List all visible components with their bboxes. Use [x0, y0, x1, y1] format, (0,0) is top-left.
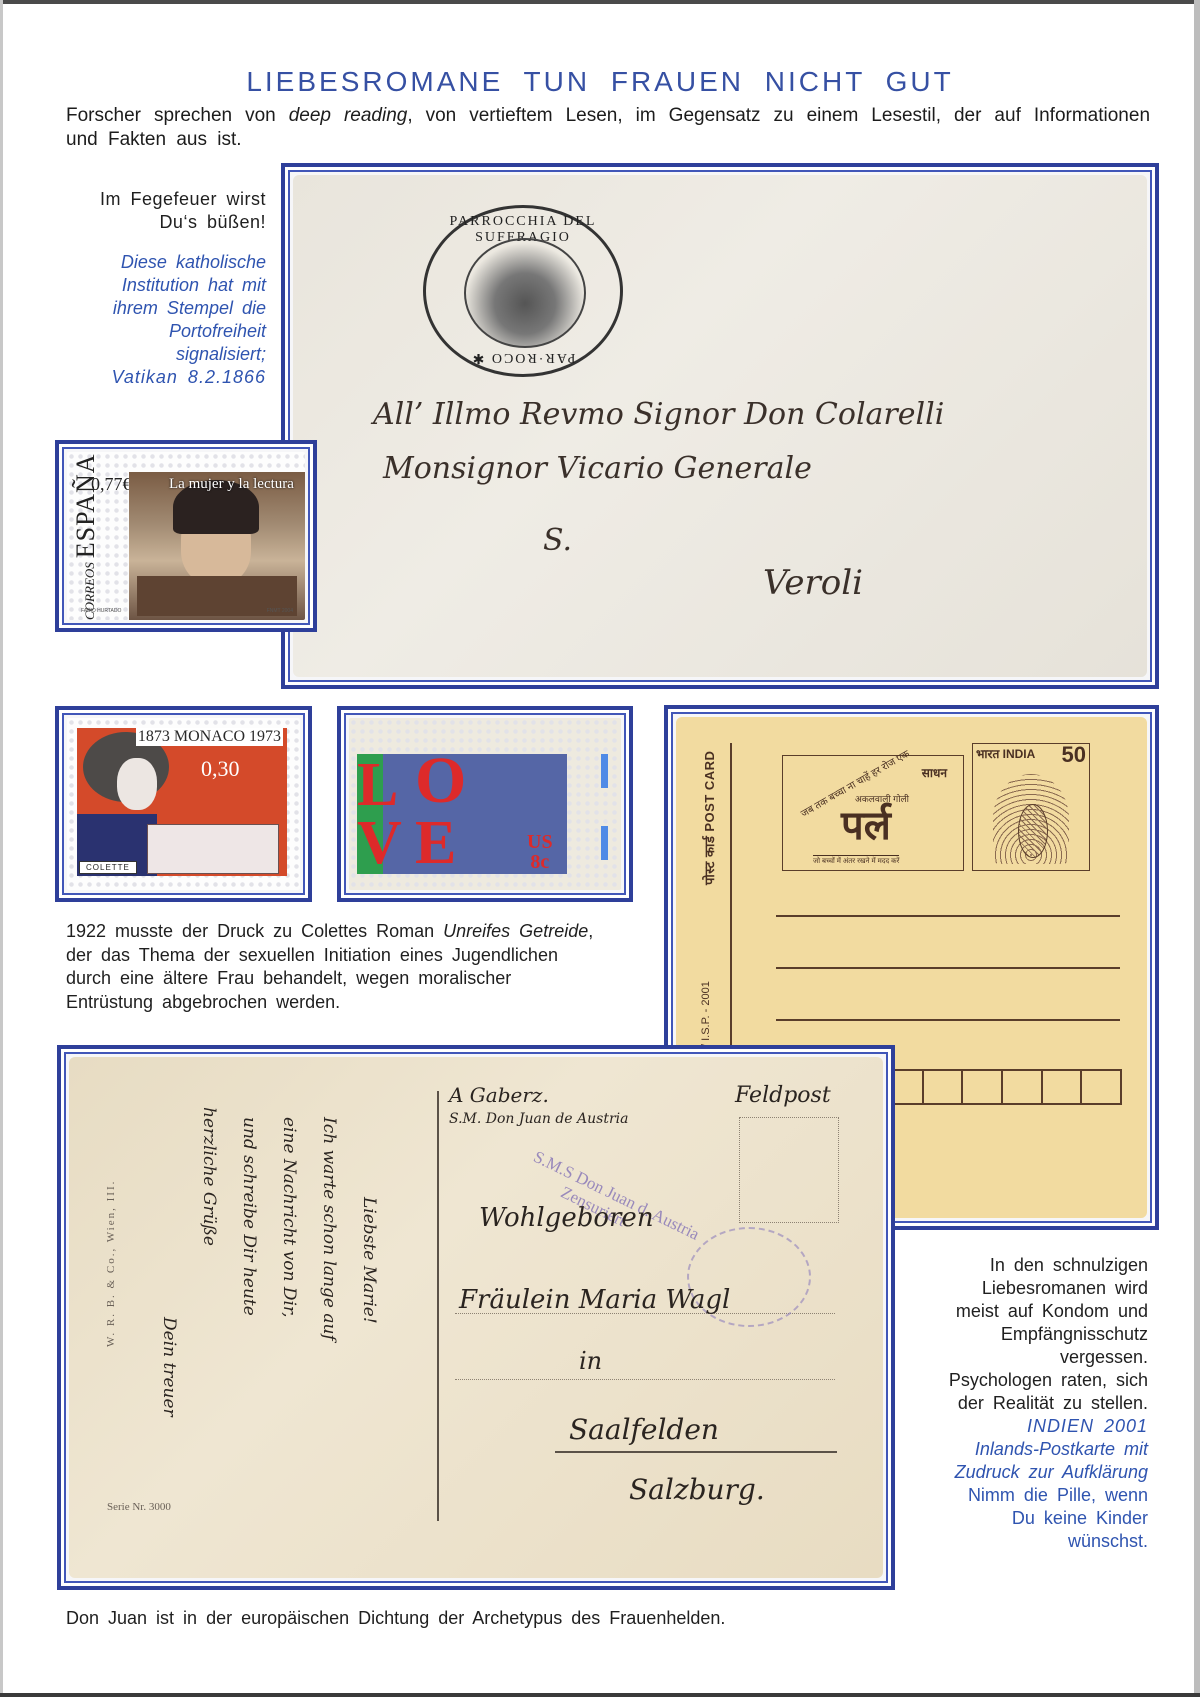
address-dotted-line: [455, 1379, 835, 1380]
printer-label: / I.S.P. - 2001: [700, 981, 712, 1047]
novel-title: Unreifes Getreide: [443, 921, 588, 941]
caption-line: Institution hat mit: [66, 274, 266, 297]
intro-text: Forscher sprechen von: [66, 105, 289, 126]
paragraph-text: 1922 musste der Druck zu Colettes Roman: [66, 921, 443, 941]
stamp-header: 1873 MONACO 1973: [136, 728, 283, 746]
address-line: [776, 967, 1120, 969]
stamp-denomination: US 8c: [527, 832, 553, 872]
stamp-placeholder-box: [739, 1117, 839, 1223]
page-bottom-edge: [0, 1693, 1200, 1697]
caption-line: Inlands-Postkarte mit: [900, 1438, 1148, 1461]
letter-note: Im Fegefeuer wirst Du‘s büßen! Diese kat…: [66, 188, 266, 389]
love-stamp-frame: L O V E US 8c: [337, 706, 633, 902]
message-line: Dein treuer: [159, 1317, 179, 1417]
colette-illustration: 1873 MONACO 1973 0,30 COLETTE: [77, 728, 287, 876]
caption-line: Diese katholische: [66, 251, 266, 274]
caption-line: signalisiert;: [66, 343, 266, 366]
stamp-country: US: [527, 832, 553, 852]
address-line: [776, 1019, 1120, 1021]
stamp-value: 0,30: [201, 756, 240, 782]
seal-top-text: PARROCCHIA DEL SUFFRAGIO: [426, 214, 620, 246]
address-line: in: [579, 1347, 602, 1375]
caption-line: Vatikan 8.2.1866: [66, 366, 266, 389]
note-line: Psychologen raten, sich: [900, 1369, 1148, 1392]
serie-number: Serie Nr. 3000: [107, 1501, 171, 1513]
stamp-country: CORREOS ESPAÑA: [71, 453, 101, 620]
pin-box: [1082, 1071, 1120, 1103]
caption-line: Du keine Kinder: [900, 1507, 1148, 1530]
heading-line: Im Fegefeuer wirst: [66, 188, 266, 211]
pin-box: [1043, 1071, 1083, 1103]
stamp-title: La mujer y la lectura: [169, 476, 294, 493]
pin-box: [924, 1071, 964, 1103]
address-line: Wohlgeboren: [479, 1203, 654, 1233]
love-stamp-design: L O V E US 8c: [357, 754, 567, 874]
spain-stamp-frame: 0,77€ La mujer y la lectura CORREOS ESPA…: [55, 440, 317, 632]
monaco-stamp-frame: 1873 MONACO 1973 0,30 COLETTE: [55, 706, 312, 902]
stamp-artist: FABIO HURTADO: [81, 608, 121, 614]
woman-reading-illustration: La mujer y la lectura: [129, 472, 305, 620]
vatican-letter: PARROCCHIA DEL SUFFRAGIO PAR·ROCO ✱ All’…: [293, 175, 1147, 677]
page-title: LIEBESROMANE TUN FRAUEN NICHT GUT: [0, 66, 1200, 98]
address-line: Veroli: [763, 563, 863, 603]
donjuan-caption: Don Juan ist in der europäischen Dichtun…: [66, 1607, 966, 1631]
open-book-shape: [147, 824, 279, 874]
margin-marker: [601, 754, 608, 788]
pin-box: [1003, 1071, 1043, 1103]
caption-line: Zudruck zur Aufklärung: [900, 1461, 1148, 1484]
margin-marker: [601, 826, 608, 860]
imprint-country: भारत INDIA: [976, 745, 1035, 762]
page-top-edge: [0, 0, 1200, 4]
message-line: herzliche Grüße: [199, 1107, 219, 1246]
stamp-name: COLETTE: [79, 861, 137, 874]
caption-line: INDIEN 2001: [900, 1415, 1148, 1438]
note-line: vergessen.: [900, 1346, 1148, 1369]
ad-brand: साधन: [922, 764, 947, 781]
feldpost-label: Feldpost: [735, 1083, 831, 1108]
note-line: meist auf Kondom und: [900, 1300, 1148, 1323]
stamp-value: 8c: [527, 852, 553, 872]
card-divider-line: [437, 1091, 439, 1521]
seal-bottom-text: PAR·ROCO ✱: [426, 349, 620, 366]
love-letter-e: E: [415, 814, 456, 872]
monaco-stamp: 1873 MONACO 1973 0,30 COLETTE: [67, 718, 300, 890]
message-line: Liebste Marie!: [359, 1197, 379, 1324]
stamp-printer: FNMT 2004: [267, 608, 293, 614]
sender-unit: S.M. Don Juan de Austria: [449, 1111, 629, 1127]
address-line: Monsignor Vicario Generale: [383, 451, 812, 486]
note-line: In den schnulzigen: [900, 1254, 1148, 1277]
publisher-imprint: W. R. B. & Co., Wien, III.: [105, 1180, 117, 1347]
letter-note-heading: Im Fegefeuer wirst Du‘s büßen!: [66, 188, 266, 234]
spain-stamp: 0,77€ La mujer y la lectura CORREOS ESPA…: [67, 452, 305, 620]
caption-line: ihrem Stempel die: [66, 297, 266, 320]
address-line: S.: [543, 523, 572, 558]
intro-paragraph: Forscher sprechen von deep reading, von …: [66, 104, 1150, 152]
heading-line: Du‘s büßen!: [66, 211, 266, 234]
love-letter-l: L: [357, 756, 398, 814]
address-line: Salzburg.: [629, 1473, 765, 1506]
imprint-value: 50: [1062, 742, 1086, 768]
pin-box: [963, 1071, 1003, 1103]
parish-seal-stamp: PARROCCHIA DEL SUFFRAGIO PAR·ROCO ✱: [423, 205, 623, 377]
letter-frame: PARROCCHIA DEL SUFFRAGIO PAR·ROCO ✱ All’…: [281, 163, 1159, 689]
peacock-body-shape: [1018, 804, 1048, 858]
pin-code-boxes: [882, 1069, 1122, 1105]
message-line: eine Nachricht von Dir,: [279, 1117, 299, 1318]
face-shape: [117, 758, 157, 810]
love-letter-v: V: [357, 814, 402, 872]
love-stamp: L O V E US 8c: [349, 718, 621, 890]
india-note: In den schnulzigen Liebesromanen wird me…: [900, 1254, 1148, 1553]
address-line: Fräulein Maria Wagl: [459, 1285, 730, 1315]
love-letter-o: O: [415, 752, 466, 810]
country-name: ESPAÑA: [71, 453, 100, 558]
intro-italic-term: deep reading: [289, 105, 408, 126]
caption-line: Portofreiheit: [66, 320, 266, 343]
note-line: Empfängnisschutz: [900, 1323, 1148, 1346]
note-line: der Realität zu stellen.: [900, 1392, 1148, 1415]
address-line: Saalfelden: [569, 1413, 719, 1446]
family-planning-ad: जब तक बच्चा ना चाहें हर रोज एक साधन अकलव…: [782, 755, 964, 871]
donjuan-fieldpost-card: W. R. B. & Co., Wien, III. Serie Nr. 300…: [69, 1057, 883, 1578]
page-left-edge: [0, 0, 3, 1697]
ad-tagline: जो बच्चों में अंतर रखने में मदद करें: [813, 855, 899, 866]
note-line: Liebesromanen wird: [900, 1277, 1148, 1300]
message-line: Ich warte schon lange auf: [319, 1117, 339, 1341]
address-underline: [555, 1451, 837, 1453]
caption-line: Nimm die Pille, wenn: [900, 1484, 1148, 1507]
imprinted-stamp: भारत INDIA 50: [972, 743, 1090, 871]
donjuan-card-frame: W. R. B. & Co., Wien, III. Serie Nr. 300…: [57, 1045, 895, 1590]
sender-name: A Gaberz.: [449, 1083, 549, 1107]
colette-paragraph: 1922 musste der Druck zu Colettes Roman …: [66, 920, 596, 1014]
letter-note-caption: Diese katholische Institution hat mit ih…: [66, 251, 266, 389]
address-line: [776, 915, 1120, 917]
message-line: und schreibe Dir heute: [239, 1117, 259, 1316]
ad-product: पर्ल: [841, 806, 891, 846]
address-line: All’ Illmo Revmo Signor Don Colarelli: [373, 397, 944, 432]
postcard-label: पोस्ट कार्ड POST CARD: [700, 751, 718, 885]
caption-line: wünschst.: [900, 1530, 1148, 1553]
page-right-edge: [1194, 0, 1200, 1697]
